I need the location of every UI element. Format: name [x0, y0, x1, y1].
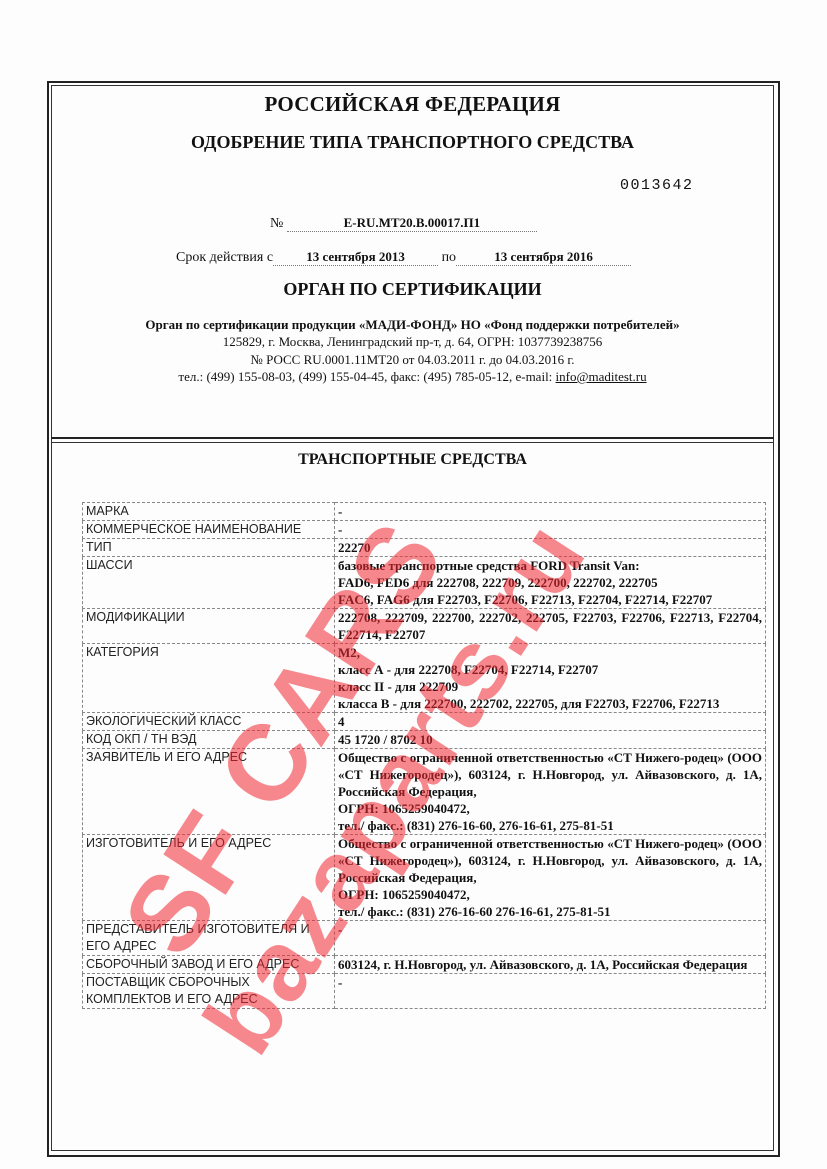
field-value: -: [335, 921, 766, 956]
field-label: КОММЕРЧЕСКОЕ НАИМЕНОВАНИЕ: [83, 521, 335, 539]
field-label: КАТЕГОРИЯ: [83, 644, 335, 713]
section-divider-inner: [51, 442, 774, 443]
country-heading: РОССИЙСКАЯ ФЕДЕРАЦИЯ: [51, 92, 774, 117]
table-row: КАТЕГОРИЯМ2, класс А - для 222708, F2270…: [83, 644, 766, 713]
validity-line: Срок действия с13 сентября 2013 по13 сен…: [176, 249, 631, 266]
field-label: КОД ОКП / ТН ВЭД: [83, 731, 335, 749]
field-value: 222708, 222709, 222700, 222702, 222705, …: [335, 609, 766, 644]
table-row: КОММЕРЧЕСКОЕ НАИМЕНОВАНИЕ-: [83, 521, 766, 539]
field-value: -: [335, 503, 766, 521]
certification-body-address: 125829, г. Москва, Ленинградский пр-т, д…: [51, 333, 774, 350]
table-row: МОДИФИКАЦИИ222708, 222709, 222700, 22270…: [83, 609, 766, 644]
contacts-text: тел.: (499) 155-08-03, (499) 155-04-45, …: [178, 369, 555, 384]
section-divider: [51, 437, 774, 439]
field-value: -: [335, 974, 766, 1009]
field-label: ЗАЯВИТЕЛЬ И ЕГО АДРЕС: [83, 749, 335, 835]
table-row: ИЗГОТОВИТЕЛЬ И ЕГО АДРЕСОбщество с огран…: [83, 835, 766, 921]
field-label: МАРКА: [83, 503, 335, 521]
approval-number: E-RU.MT20.B.00017.П1: [287, 215, 537, 232]
table-row: МАРКА-: [83, 503, 766, 521]
field-value: Общество с ограниченной ответственностью…: [335, 835, 766, 921]
field-value: -: [335, 521, 766, 539]
valid-to: 13 сентября 2016: [456, 249, 631, 266]
table-row: ЗАЯВИТЕЛЬ И ЕГО АДРЕСОбщество с ограниче…: [83, 749, 766, 835]
field-label: ЭКОЛОГИЧЕСКИЙ КЛАСС: [83, 713, 335, 731]
table-row: СБОРОЧНЫЙ ЗАВОД И ЕГО АДРЕС603124, г. Н.…: [83, 956, 766, 974]
table-row: ШАССИбазовые транспортные средства FORD …: [83, 557, 766, 609]
field-value: 22270: [335, 539, 766, 557]
field-value: М2, класс А - для 222708, F22704, F22714…: [335, 644, 766, 713]
field-value: 603124, г. Н.Новгород, ул. Айвазовского,…: [335, 956, 766, 974]
contacts-line: тел.: (499) 155-08-03, (499) 155-04-45, …: [51, 368, 774, 385]
field-label: МОДИФИКАЦИИ: [83, 609, 335, 644]
vehicles-heading: ТРАНСПОРТНЫЕ СРЕДСТВА: [51, 451, 774, 469]
vehicle-spec-table: МАРКА-КОММЕРЧЕСКОЕ НАИМЕНОВАНИЕ-ТИП22270…: [82, 502, 766, 1009]
document-type-heading: ОДОБРЕНИЕ ТИПА ТРАНСПОРТНОГО СРЕДСТВА: [51, 132, 774, 153]
field-label: ПРЕДСТАВИТЕЛЬ ИЗГОТОВИТЕЛЯ И ЕГО АДРЕС: [83, 921, 335, 956]
field-label: ТИП: [83, 539, 335, 557]
field-value: 4: [335, 713, 766, 731]
field-label: СБОРОЧНЫЙ ЗАВОД И ЕГО АДРЕС: [83, 956, 335, 974]
serial-number: 0013642: [620, 177, 694, 194]
field-label: ИЗГОТОВИТЕЛЬ И ЕГО АДРЕС: [83, 835, 335, 921]
field-value: Общество с ограниченной ответственностью…: [335, 749, 766, 835]
field-value: 45 1720 / 8702 10: [335, 731, 766, 749]
email-link[interactable]: info@maditest.ru: [556, 369, 647, 384]
table-row: ТИП22270: [83, 539, 766, 557]
field-label: ШАССИ: [83, 557, 335, 609]
validity-to-label: по: [442, 250, 457, 265]
valid-from: 13 сентября 2013: [273, 249, 438, 266]
number-label: №: [270, 216, 283, 231]
field-value: базовые транспортные средства FORD Trans…: [335, 557, 766, 609]
certification-body-heading: ОРГАН ПО СЕРТИФИКАЦИИ: [51, 279, 774, 300]
field-label: ПОСТАВЩИК СБОРОЧНЫХ КОМПЛЕКТОВ И ЕГО АДР…: [83, 974, 335, 1009]
accreditation-number: № РОСС RU.0001.11МТ20 от 04.03.2011 г. д…: [51, 351, 774, 368]
approval-number-line: № E-RU.MT20.B.00017.П1: [270, 215, 537, 232]
table-row: КОД ОКП / ТН ВЭД45 1720 / 8702 10: [83, 731, 766, 749]
table-row: ЭКОЛОГИЧЕСКИЙ КЛАСС4: [83, 713, 766, 731]
validity-label: Срок действия с: [176, 250, 273, 265]
table-row: ПОСТАВЩИК СБОРОЧНЫХ КОМПЛЕКТОВ И ЕГО АДР…: [83, 974, 766, 1009]
certification-body-name: Орган по сертификации продукции «МАДИ-ФО…: [51, 316, 774, 333]
table-row: ПРЕДСТАВИТЕЛЬ ИЗГОТОВИТЕЛЯ И ЕГО АДРЕС-: [83, 921, 766, 956]
